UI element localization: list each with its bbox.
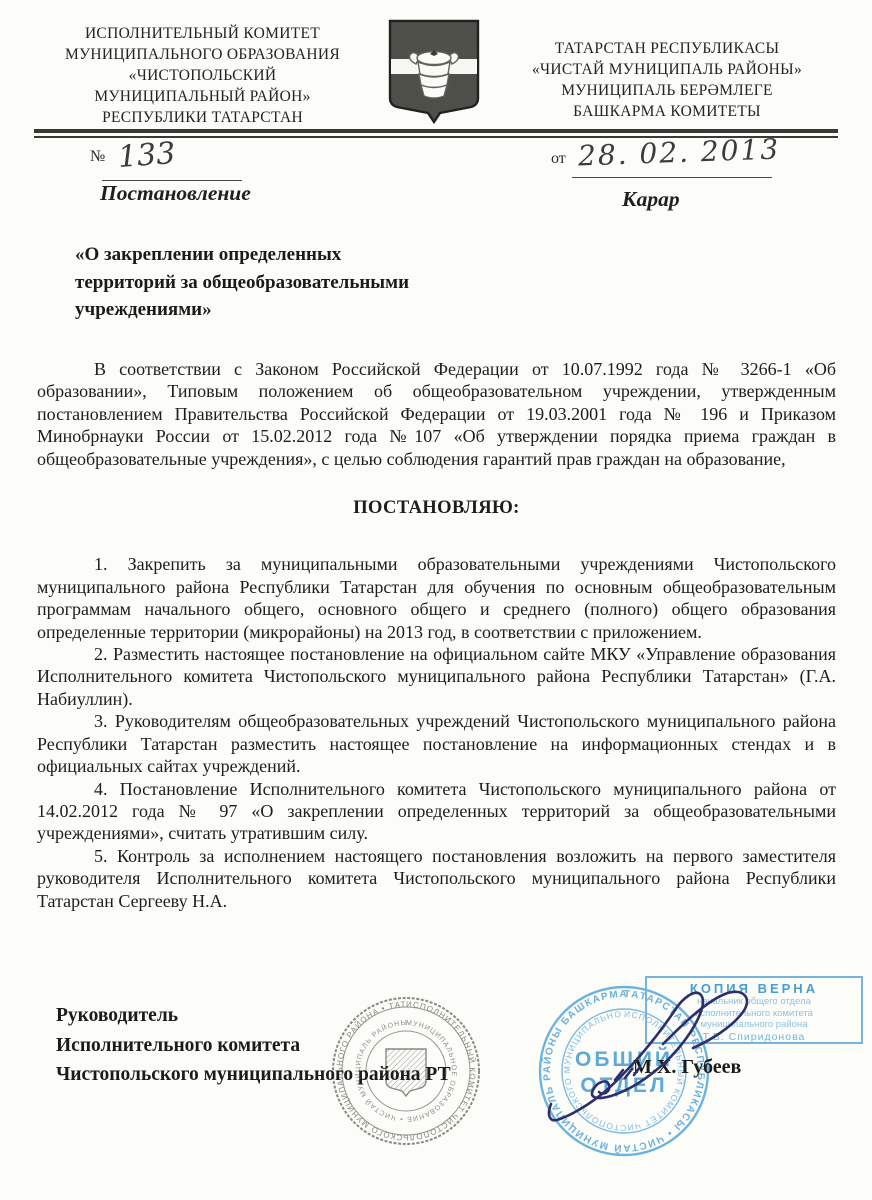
org-line: РЕСПУБЛИКИ ТАТАРСТАН xyxy=(30,107,375,128)
org-line: МУНИЦИПАЛЬ БЕРӘМЛЕГЕ xyxy=(492,80,842,101)
doc-date-underline xyxy=(572,177,772,178)
doc-date-value: 28. 02. 2013 xyxy=(577,132,780,172)
clause-4: 4. Постановление Исполнительного комитет… xyxy=(37,778,836,845)
org-line: МУНИЦИПАЛЬНЫЙ РАЙОН» xyxy=(30,86,375,107)
clause-5: 5. Контроль за исполнением настоящего по… xyxy=(37,845,836,912)
signature-position-line: Руководитель xyxy=(56,1001,451,1031)
org-line: ТАТАРСТАН РЕСПУБЛИКАСЫ xyxy=(492,38,842,59)
org-line: «ЧИСТОПОЛЬСКИЙ xyxy=(30,65,375,86)
handwritten-signature-icon xyxy=(545,982,773,1132)
signature-position-block: Руководитель Исполнительного комитета Чи… xyxy=(56,1001,451,1090)
doc-number-value: 133 xyxy=(117,136,177,175)
clause-3: 3. Руководителям общеобразовательных учр… xyxy=(37,710,836,777)
doc-body: В соответствии с Законом Российской Феде… xyxy=(37,358,836,912)
signature-position-line: Исполнительного комитета xyxy=(56,1031,451,1061)
subject-line: «О закреплении определенных xyxy=(75,241,409,269)
preamble-paragraph: В соответствии с Законом Российской Феде… xyxy=(37,358,836,470)
letterhead: ИСПОЛНИТЕЛЬНЫЙ КОМИТЕТ МУНИЦИПАЛЬНОГО ОБ… xyxy=(30,16,842,128)
org-line: МУНИЦИПАЛЬНОГО ОБРАЗОВАНИЯ xyxy=(30,44,375,65)
clause-2: 2. Разместить настоящее постановление на… xyxy=(37,643,836,710)
org-name-tatar: ТАТАРСТАН РЕСПУБЛИКАСЫ «ЧИСТАЙ МУНИЦИПАЛ… xyxy=(492,16,842,128)
doc-date-label: от xyxy=(551,150,566,168)
coat-of-arms-icon xyxy=(387,18,481,126)
org-line: «ЧИСТАЙ МУНИЦИПАЛЬ РАЙОНЫ» xyxy=(492,59,842,80)
subject-line: учреждениями» xyxy=(75,296,409,324)
doc-type-russian: Постановление xyxy=(100,181,251,206)
org-line: БАШКАРМА КОМИТЕТЫ xyxy=(492,101,842,122)
doc-type-tatar: Карар xyxy=(622,187,680,212)
doc-subject: «О закреплении определенных территорий з… xyxy=(75,241,409,324)
subject-line: территорий за общеобразовательными xyxy=(75,269,409,297)
scanned-decree-page: ИСПОЛНИТЕЛЬНЫЙ КОМИТЕТ МУНИЦИПАЛЬНОГО ОБ… xyxy=(0,0,872,1200)
doc-number-label: № xyxy=(90,148,105,166)
signature-position-line: Чистопольского муниципального района РТ xyxy=(56,1060,451,1090)
org-name-russian: ИСПОЛНИТЕЛЬНЫЙ КОМИТЕТ МУНИЦИПАЛЬНОГО ОБ… xyxy=(30,16,375,128)
org-line: ИСПОЛНИТЕЛЬНЫЙ КОМИТЕТ xyxy=(30,23,375,44)
clause-1: 1. Закрепить за муниципальными образоват… xyxy=(37,553,836,643)
resolution-heading: ПОСТАНОВЛЯЮ: xyxy=(37,497,836,519)
